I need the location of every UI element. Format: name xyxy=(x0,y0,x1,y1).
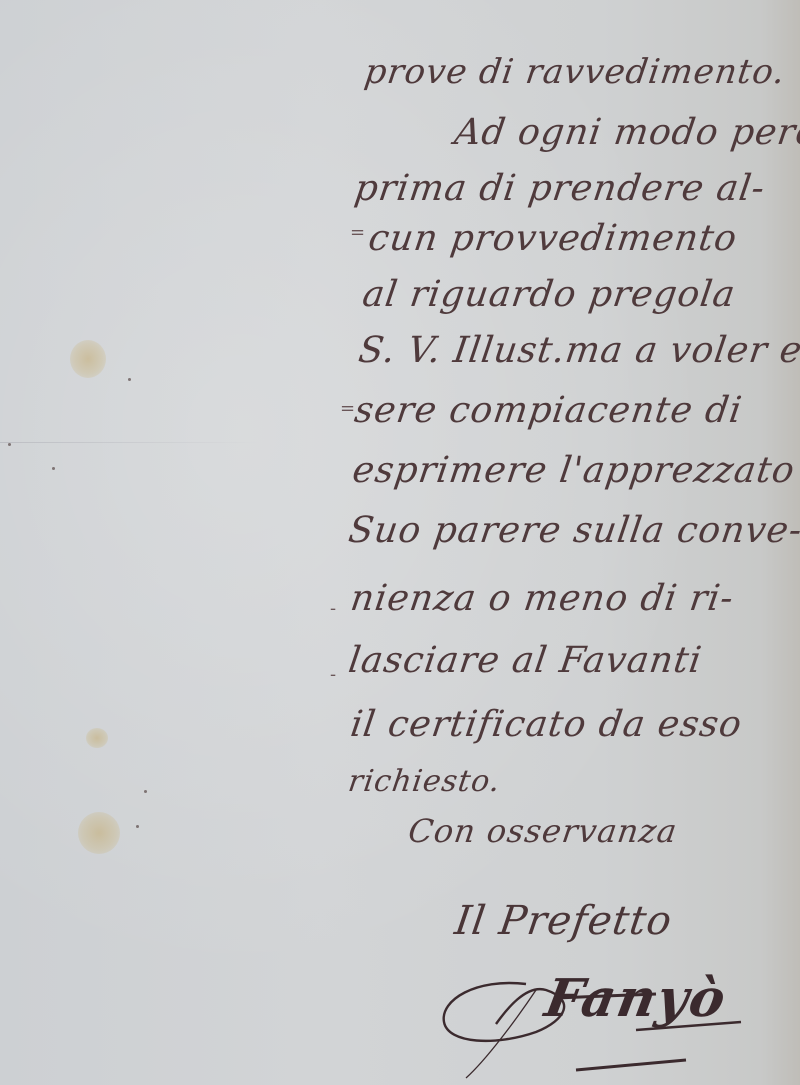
body-line: sere compiacente di xyxy=(352,390,745,431)
hyphen-mark: = xyxy=(340,398,355,419)
body-line: nienza o meno di ri- xyxy=(348,578,737,619)
signature: Fanyò xyxy=(436,960,746,1080)
body-line: cun provvedimento xyxy=(366,218,740,259)
body-line: richiesto. xyxy=(346,764,503,799)
letter-page: prove di ravvedimento. Ad ogni modo però… xyxy=(0,0,800,1085)
hyphen-mark: = xyxy=(350,222,365,243)
hyphen-mark: - xyxy=(330,598,336,619)
body-line: Ad ogni modo però xyxy=(452,112,800,153)
hyphen-mark: - xyxy=(330,664,336,685)
body-line: prove di ravvedimento. xyxy=(362,52,788,92)
signatory-name: Fanyò xyxy=(541,968,732,1029)
body-line: al riguardo pregola xyxy=(360,274,738,315)
body-line: lasciare al Favanti xyxy=(346,640,705,681)
signatory-title: Il Prefetto xyxy=(452,898,675,944)
body-line: il certificato da esso xyxy=(348,704,745,745)
body-line: prima di prendere al- xyxy=(352,168,768,209)
body-line: esprimere l'apprezzato xyxy=(350,450,798,491)
letter-body: prove di ravvedimento. Ad ogni modo però… xyxy=(0,0,800,1085)
body-line: Suo parere sulla conve- xyxy=(346,510,800,551)
closing-salutation: Con osservanza xyxy=(406,812,680,850)
body-line: S. V. Illust.ma a voler es- xyxy=(356,330,800,371)
